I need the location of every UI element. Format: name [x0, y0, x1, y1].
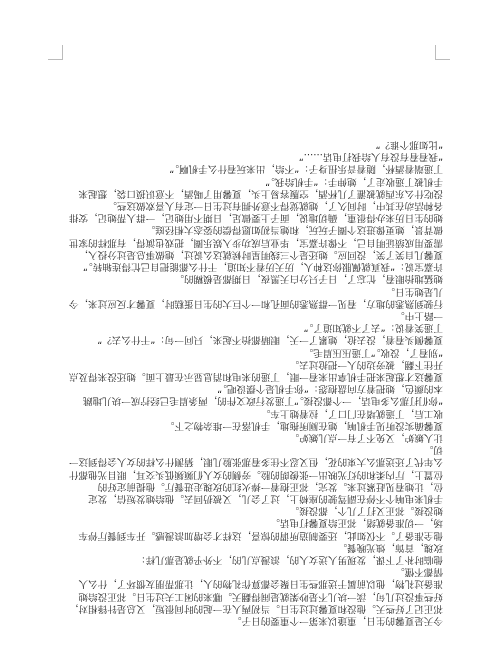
text-line: 许嘉宝说：“我真就佩服你这种人，历天历着不知道，干什么都能把自己忙得连轴转。”	[48, 260, 443, 272]
text-line: 情都不懂。	[48, 565, 443, 577]
text-line: 各种活动在其中，时间久了，她就觉得不意外拥有过生日一定有人喜欢做这些。	[48, 199, 443, 211]
text-line: 手机被丁遥收走了，她伸手：“手机给我。”	[48, 174, 443, 186]
text-line: 场，一切准备就绪，祁正给夏馨打电话。	[48, 516, 443, 528]
text-line: 本的颜色，她把着方向盘抱怨：“你手机是个摆设吧。”	[48, 382, 443, 394]
text-line: 做背景，她更像进这个圈子玩玩，和她当初如愿得偿的姿态大相径庭。	[48, 223, 443, 235]
text-line: “比如那个谁？”	[48, 138, 443, 150]
document-body: 今天是夏馨的生日，重逢以来第一个重要的日子。祁正记了好些天。他没和夏馨过过生日。…	[48, 138, 443, 626]
text-line: 位置上，厅内柔和的灯光映出一张俊朗的脸。旁侧的女人们频频低头交耳，眼目光他都什	[48, 467, 443, 479]
text-line: 位，让她看见赶紧过来。发完，祁正抱着一捧火红的玫瑰走进餐厅。他提前定好的	[48, 480, 443, 492]
text-line: 准备过礼物，他以前属于送那些生日聚会都算作礼物的人，让那帮朋友惯坏了，什么人	[48, 577, 443, 589]
text-line: 收工后，丁遥就堵在门口了，拉着她上车。	[48, 406, 443, 418]
margin-corner-mark	[48, 45, 63, 60]
text-line: 需要用成绩证明自己，不像许嘉宝，毕业后成功步入娱乐圈，把戏也演得，有那样的家世	[48, 236, 443, 248]
text-line: 玫瑰，首饰，烛光晚餐。	[48, 541, 443, 553]
text-line: 她没接。祁正又打了几个，都没接。	[48, 504, 443, 516]
margin-corner-mark	[435, 45, 450, 60]
text-line: 一路上中。	[48, 309, 443, 321]
text-line: “别看了，没收。”丁遥压压眉毛。	[48, 345, 443, 357]
text-line: 没吃什么东西就被灌了几杯酒，空腹容易上头，夏馨用了喝酒，不意识摸口袋，想起来	[48, 187, 443, 199]
text-line: 好些事没过几句，渎一块儿不是吵架就是闹得翻天。哪来的闲工夫过生日。祁正没给她	[48, 589, 443, 601]
text-line: 夏馨侧头看着，没去抢，她累了一天，眼睛都抬不起来，只问一句：“干什么去？”	[48, 333, 443, 345]
text-line: 手机来电响个不停在副驾驶的座椅上，过了会儿，又被扔回去。他给她发短信，发定	[48, 492, 443, 504]
text-line: 她猛地抬眼看，忙忘了，日子只分白天黑夜，日期都是模糊的。	[48, 272, 443, 284]
text-line: 他临时补了下课，发现男人送女人的，浪漫点儿的，不外乎就是那几样：	[48, 553, 443, 565]
text-line: 么年代了还送那么大束的花，但又忍不住多看那张脸几眼，猜测什么样的女人会得到这一	[48, 455, 443, 467]
document-page: 今天是夏馨的生日，重逢以来第一个重要的日子。祁正记了好些天。他没和夏馨过过生日。…	[0, 0, 500, 666]
text-line: 丁遥端着酒杯，随着音乐扭身子：“不给，出来玩看什么手机啊。”	[48, 162, 443, 174]
text-line: 今天是夏馨的生日，重逢以来第一个重要的日子。	[48, 614, 443, 626]
text-line: 他全准备了。不仅如此，还要制造所谓的惊喜，这样才会增加浪漫感。开车到餐厅停车	[48, 528, 443, 540]
text-line: 夏馨确实没听见手机响，她在厕所拖地，手机落在一堆杂物之下。	[48, 419, 443, 431]
text-line: 让人嫉妒，又免不了有一点儿嫉妒。	[48, 431, 443, 443]
text-line: 开往下翻，被旁边的人一把抢过去。	[48, 358, 443, 370]
text-line: 祁正记了好些天。他没和夏馨过过生日。当初两人在一起的时间很短，又总是针锋相对，	[48, 602, 443, 614]
text-line: 丁遥笑着说：“去了不就知道了。”	[48, 321, 443, 333]
text-line: 她的生日历来办得很重，确切地说，面子上要做足，日期不用她记，一群人帮她记，安排	[48, 211, 443, 223]
text-line: 夏馨这才想起来把手机拿出来看一眼，丁遥的来电和消息显示在最上面。她还没来得及点	[48, 370, 443, 382]
text-line: 儿是她生日。	[48, 284, 443, 296]
text-line: 行驶到熟悉的地方，看见一群熟悉的面孔和一个巨大的生日蛋糕时，夏馨才反应过来，今	[48, 297, 443, 309]
text-line: “你们打那么多电话，一个都没接。”丁遥发行政文件的，两条眉毛已经拧成一块儿地跳	[48, 394, 443, 406]
text-line: 夏馨几自笑了笑，没回应。她还是个三线明星时候就这么说过，她做事总是过分投入，	[48, 248, 443, 260]
text-line: 切。	[48, 443, 443, 455]
text-line: “我看看有没有人给我打电话……”	[48, 150, 443, 162]
